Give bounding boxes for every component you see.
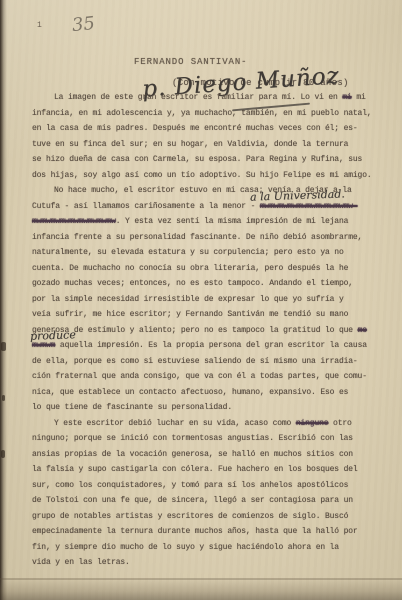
typed-text: generosa de estímulo y aliento; pero no … bbox=[32, 326, 358, 335]
struck-text: me bbox=[358, 326, 367, 335]
typed-text: en la casa de mis padres. Después me enc… bbox=[32, 124, 358, 133]
typed-text: ansias propias de la vocación generosa, … bbox=[32, 450, 353, 459]
typed-line: sur, como los conquistadores, y tomó par… bbox=[32, 478, 388, 494]
typed-line: ansias propias de la vocación generosa, … bbox=[32, 447, 388, 463]
typed-line: empecinadamente la ternura durante mucho… bbox=[32, 524, 388, 540]
typed-text: por la simple necesidad irresistible de … bbox=[32, 295, 344, 304]
struck-text: ninguno bbox=[296, 419, 329, 428]
typed-text: otro bbox=[328, 419, 351, 428]
typed-text: infancia, en mi adolescencia y, ya mucha… bbox=[32, 109, 372, 118]
typed-line: se hizo dueña de casa con Carmela, su es… bbox=[32, 152, 388, 168]
typed-line: La imagen de este gran escritor es famil… bbox=[32, 90, 388, 106]
typed-line: cuenta. De muchacho no conocía su obra l… bbox=[32, 261, 388, 277]
typed-text: empecinadamente la ternura durante mucho… bbox=[32, 527, 358, 536]
typed-text: ninguno; porque se inició con tormentosa… bbox=[32, 434, 353, 443]
typed-text: de ella, porque es como si estuviese sal… bbox=[32, 357, 358, 366]
typed-text: fin, y siempre dio mucho de lo suyo y si… bbox=[32, 543, 339, 552]
typed-line: veía sufrir, me hice escritor; y Fernand… bbox=[32, 307, 388, 323]
document-title: FERNANDO SANTIVAN- bbox=[134, 57, 247, 67]
typed-line: mwmwm aquella impresión. Es la propia pe… bbox=[32, 338, 388, 354]
typed-text: vida y en las letras. bbox=[32, 558, 130, 567]
typed-line: No hace mucho, el escritor estuvo en mi … bbox=[32, 183, 388, 199]
typed-line: vida y en las letras. bbox=[32, 555, 388, 571]
manuscript-page: 1 35 FERNANDO SANTIVAN- (Con motivo de c… bbox=[0, 0, 402, 600]
typed-text: aquella impresión. Es la propia persona … bbox=[55, 341, 367, 350]
typed-line: generosa de estímulo y aliento; pero no … bbox=[32, 323, 388, 339]
paper-crease bbox=[0, 578, 402, 580]
typed-text: nica, que establece un contacto afectuos… bbox=[32, 388, 348, 397]
struck-text: mwmwm bbox=[32, 341, 55, 350]
pencil-page-mark: 35 bbox=[71, 13, 96, 36]
typed-text: dos hijas, soy algo así como un tío adop… bbox=[32, 171, 372, 180]
typed-text: tuve en su finca del sur; en su hogar, e… bbox=[32, 140, 348, 149]
typed-text: naturalmente, su elevada estatura y su c… bbox=[32, 248, 344, 257]
typed-text: mi bbox=[352, 93, 366, 102]
typed-line: Cutufa - así llamamos cariñosamente a la… bbox=[32, 199, 388, 215]
typed-line: ninguno; porque se inició con tormentosa… bbox=[32, 431, 388, 447]
scan-edge-left bbox=[0, 0, 7, 600]
typed-line: ción fraternal que anda consigo, que va … bbox=[32, 369, 388, 385]
typed-line: por la simple necesidad irresistible de … bbox=[32, 292, 388, 308]
typed-line: fin, y siempre dio mucho de lo suyo y si… bbox=[32, 540, 388, 556]
typed-line: infancia frente a su personalidad fascin… bbox=[32, 230, 388, 246]
typed-text: La imagen de este gran escritor es famil… bbox=[54, 93, 342, 102]
typed-line: nica, que establece un contacto afectuos… bbox=[32, 385, 388, 401]
scan-edge-bottom bbox=[0, 578, 402, 600]
typed-line: de ella, porque es como si estuviese sal… bbox=[32, 354, 388, 370]
typed-text: lo que tiene de fascinante su personalid… bbox=[32, 403, 232, 412]
typed-line: naturalmente, su elevada estatura y su c… bbox=[32, 245, 388, 261]
typed-text: grupo de notables artistas y escritores … bbox=[32, 512, 348, 521]
typed-text: No hace mucho, el escritor estuvo en mi … bbox=[54, 186, 352, 195]
scan-artifact bbox=[1, 342, 6, 351]
typed-text: Y este escritor debió luchar en su vida,… bbox=[54, 419, 296, 428]
struck-text: mwmwmwmwmwmwmwmwmw bbox=[32, 217, 116, 226]
typed-line: Y este escritor debió luchar en su vida,… bbox=[32, 416, 388, 432]
typed-text: gozado muchas veces; entonces, no es est… bbox=[32, 279, 353, 288]
typed-line: mwmwmwmwmwmwmwmwmw. Y esta vez sentí la … bbox=[32, 214, 388, 230]
typed-text: veía sufrir, me hice escritor; y Fernand… bbox=[32, 310, 348, 319]
typed-text: cuenta. De muchacho no conocía su obra l… bbox=[32, 264, 348, 273]
page-number: 1 bbox=[37, 21, 42, 30]
typed-text: ción fraternal que anda consigo, que va … bbox=[32, 372, 367, 381]
struck-text: mi bbox=[342, 93, 351, 102]
typed-line: tuve en su finca del sur; en su hogar, e… bbox=[32, 137, 388, 153]
typed-body: La imagen de este gran escritor es famil… bbox=[32, 90, 388, 571]
struck-text: mwmwmwmwmwmwmwmwmwmw- bbox=[260, 202, 358, 211]
typed-text: Cutufa - así llamamos cariñosamente a la… bbox=[32, 202, 260, 211]
typed-text: infancia frente a su personalidad fascin… bbox=[32, 233, 362, 242]
typed-text: se hizo dueña de casa con Carmela, su es… bbox=[32, 155, 362, 164]
typed-line: lo que tiene de fascinante su personalid… bbox=[32, 400, 388, 416]
typed-text: la falsía y supo castigarla con cólera. … bbox=[32, 465, 358, 474]
typed-line: infancia, en mi adolescencia y, ya mucha… bbox=[32, 106, 388, 122]
typed-line: grupo de notables artistas y escritores … bbox=[32, 509, 388, 525]
typed-line: gozado muchas veces; entonces, no es est… bbox=[32, 276, 388, 292]
typed-line: de Tolstoi con una fe que, de sincera, l… bbox=[32, 493, 388, 509]
typed-text: de Tolstoi con una fe que, de sincera, l… bbox=[32, 496, 353, 505]
scan-artifact bbox=[1, 450, 5, 458]
typed-line: en la casa de mis padres. Después me enc… bbox=[32, 121, 388, 137]
scan-artifact bbox=[2, 395, 5, 401]
typed-text: sur, como los conquistadores, y tomó par… bbox=[32, 481, 348, 490]
typed-text: . Y esta vez sentí la misma impresión de… bbox=[116, 217, 349, 226]
typed-line: la falsía y supo castigarla con cólera. … bbox=[32, 462, 388, 478]
typed-line: dos hijas, soy algo así como un tío adop… bbox=[32, 168, 388, 184]
